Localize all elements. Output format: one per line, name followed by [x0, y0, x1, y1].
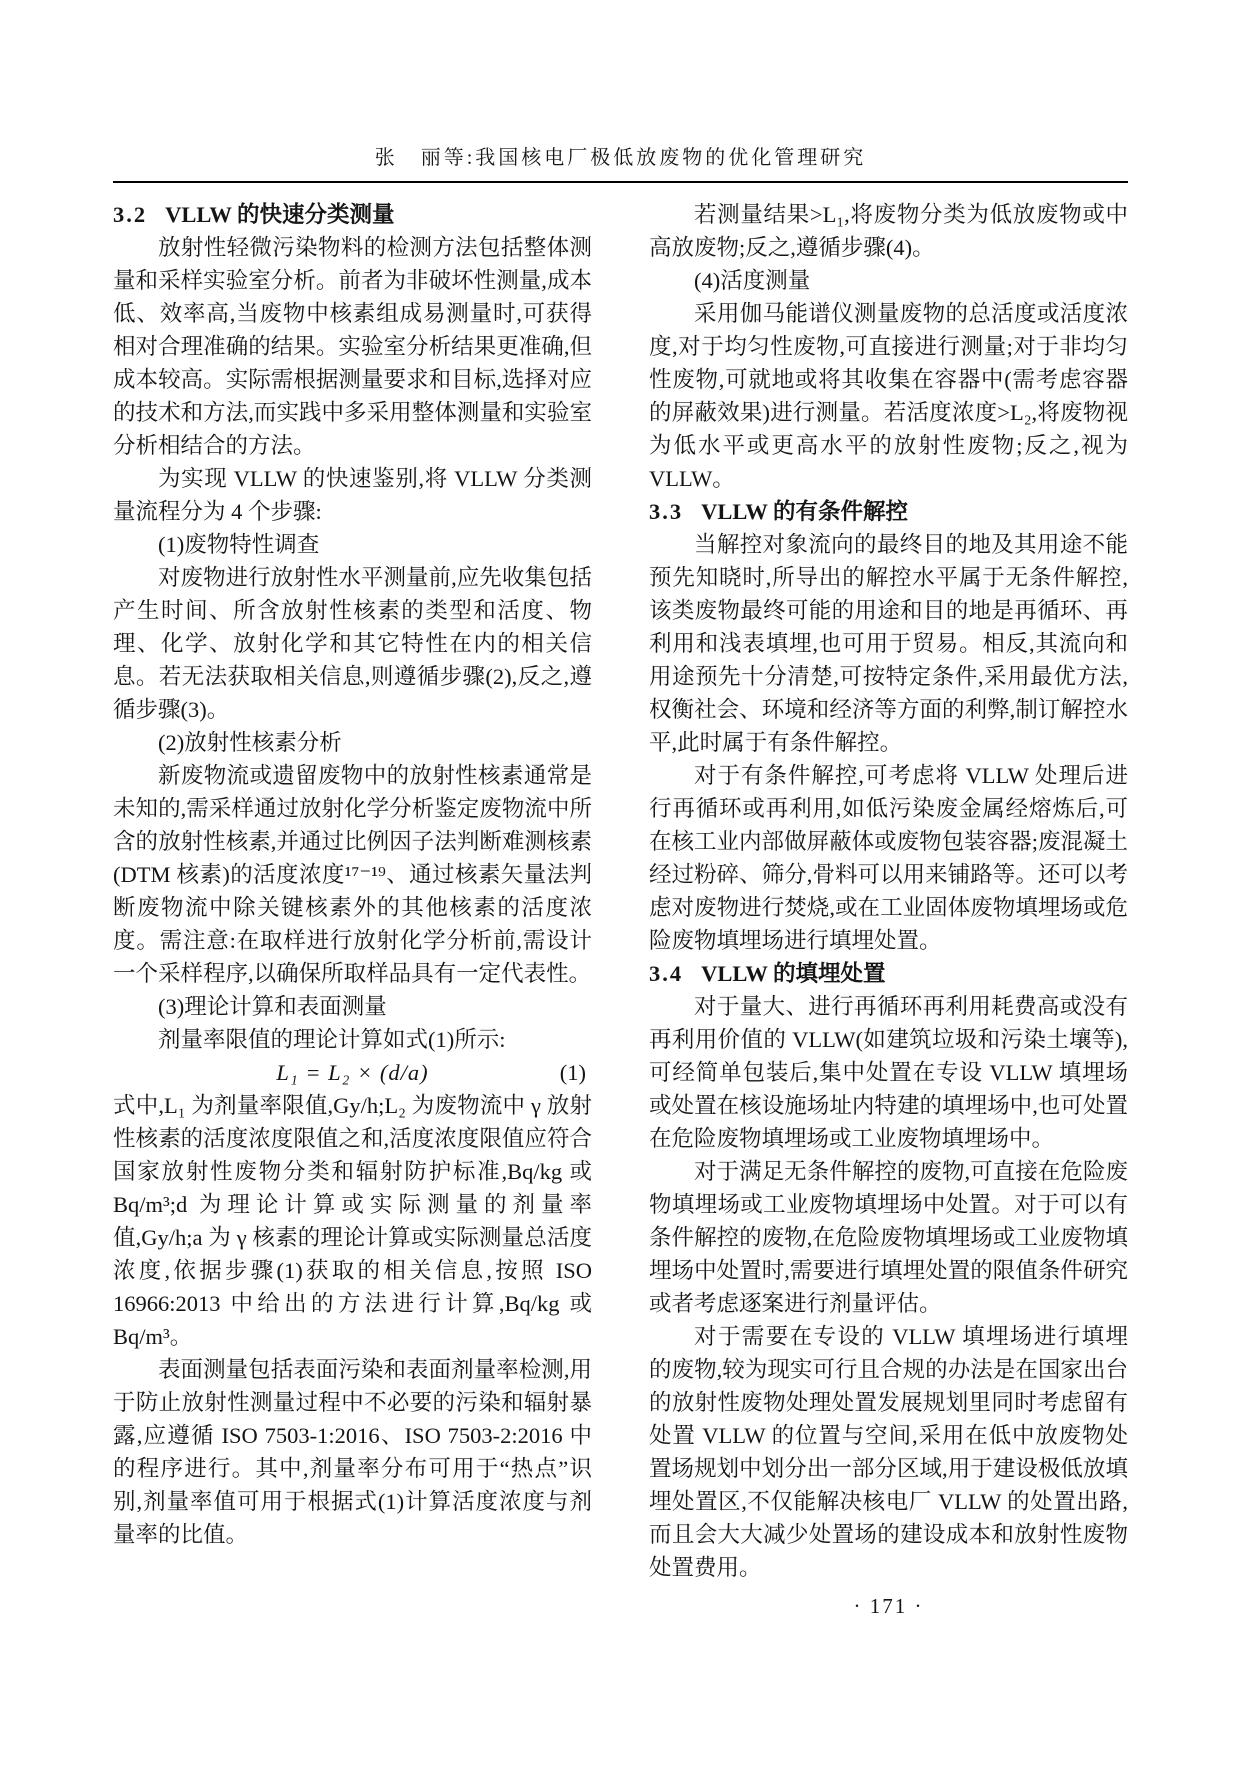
- paragraph: 放射性轻微污染物料的检测方法包括整体测量和采样实验室分析。前者为非破坏性测量,成…: [113, 231, 592, 462]
- two-column-body: 3.2VLLW 的快速分类测量放射性轻微污染物料的检测方法包括整体测量和采样实验…: [113, 198, 1128, 1584]
- equation-number: (1): [560, 1056, 586, 1089]
- paragraph: 新废物流或遗留废物中的放射性核素通常是未知的,需采样通过放射化学分析鉴定废物流中…: [113, 759, 592, 990]
- document-page: 张 丽等:我国核电厂极低放废物的优化管理研究 3.2VLLW 的快速分类测量放射…: [0, 0, 1241, 1772]
- section-heading: 3.2VLLW 的快速分类测量: [113, 198, 592, 231]
- paragraph: (1)废物特性调查: [113, 528, 592, 561]
- paragraph: 对废物进行放射性水平测量前,应先收集包括产生时间、所含放射性核素的类型和活度、物…: [113, 561, 592, 726]
- paragraph: 剂量率限值的理论计算如式(1)所示:: [113, 1023, 592, 1056]
- section-number: 3.4: [649, 961, 683, 986]
- section-heading: 3.3VLLW 的有条件解控: [649, 495, 1128, 528]
- paragraph: 表面测量包括表面污染和表面剂量率检测,用于防止放射性测量过程中不必要的污染和辐射…: [113, 1353, 592, 1551]
- paragraph: 对于有条件解控,可考虑将 VLLW 处理后进行再循环或再利用,如低污染废金属经熔…: [649, 759, 1128, 957]
- paragraph: (4)活度测量: [649, 264, 1128, 297]
- section-title: VLLW 的有条件解控: [701, 499, 908, 524]
- paragraph: 对于量大、进行再循环再利用耗费高或没有再利用价值的 VLLW(如建筑垃圾和污染土…: [649, 990, 1128, 1155]
- left-column: 3.2VLLW 的快速分类测量放射性轻微污染物料的检测方法包括整体测量和采样实验…: [113, 198, 592, 1584]
- section-title: VLLW 的快速分类测量: [165, 202, 394, 227]
- paragraph: 若测量结果>L₁,将废物分类为低放废物或中高放废物;反之,遵循步骤(4)。: [649, 198, 1128, 264]
- paragraph: 当解控对象流向的最终目的地及其用途不能预先知晓时,所导出的解控水平属于无条件解控…: [649, 528, 1128, 759]
- paragraph: 对于需要在专设的 VLLW 填埋场进行填埋的废物,较为现实可行且合规的办法是在国…: [649, 1320, 1128, 1584]
- paragraph: (2)放射性核素分析: [113, 726, 592, 759]
- page-number: · 171 ·: [649, 1594, 1128, 1619]
- paragraph: 采用伽马能谱仪测量废物的总活度或活度浓度,对于均匀性废物,可直接进行测量;对于非…: [649, 297, 1128, 495]
- equation-body: L₁ = L₂ × (d/a): [276, 1060, 428, 1085]
- section-number: 3.3: [649, 499, 683, 524]
- paragraph: (3)理论计算和表面测量: [113, 990, 592, 1023]
- equation: L₁ = L₂ × (d/a)(1): [113, 1056, 592, 1089]
- paragraph: 式中,L₁ 为剂量率限值,Gy/h;L₂ 为废物流中 γ 放射性核素的活度浓度限…: [113, 1089, 592, 1353]
- running-header: 张 丽等:我国核电厂极低放废物的优化管理研究: [113, 141, 1128, 170]
- section-number: 3.2: [113, 202, 147, 227]
- right-column: 若测量结果>L₁,将废物分类为低放废物或中高放废物;反之,遵循步骤(4)。(4)…: [649, 198, 1128, 1584]
- section-title: VLLW 的填埋处置: [701, 961, 885, 986]
- section-heading: 3.4VLLW 的填埋处置: [649, 957, 1128, 990]
- paragraph: 为实现 VLLW 的快速鉴别,将 VLLW 分类测量流程分为 4 个步骤:: [113, 462, 592, 528]
- paragraph: 对于满足无条件解控的废物,可直接在危险废物填埋场或工业废物填埋场中处置。对于可以…: [649, 1155, 1128, 1320]
- header-rule: [113, 181, 1128, 183]
